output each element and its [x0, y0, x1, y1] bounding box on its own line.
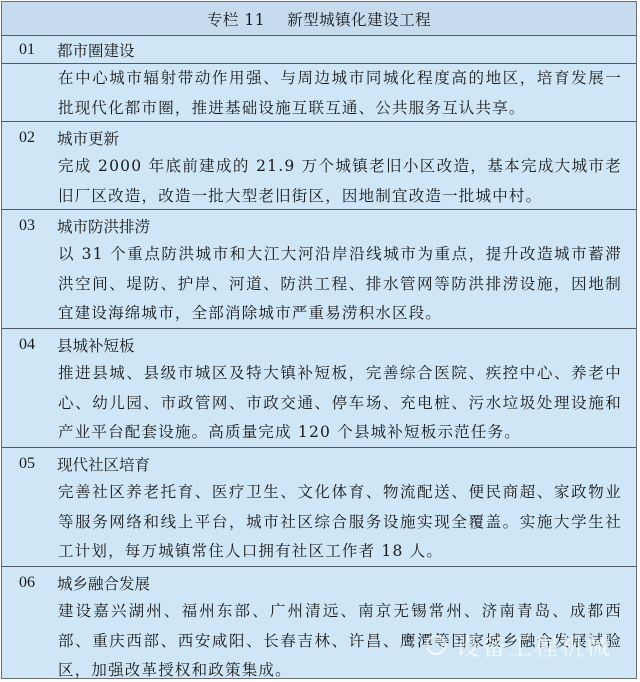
section-county-town-upgrades: 04 县城补短板 推进县城、县级市城区及特大镇补短板，完善综合医院、疾控中心、养… — [2, 329, 636, 448]
section-heading: 06 城乡融合发展 — [2, 567, 636, 597]
section-title: 都市圈建设 — [57, 39, 135, 61]
section-title: 城市防洪排涝 — [57, 215, 150, 237]
section-title: 城市更新 — [57, 127, 119, 149]
feature-box-panel: 专栏 11 新型城镇化建设工程 01 都市圈建设 在中心城市辐射带动作用强、与周… — [1, 1, 637, 679]
section-heading: 01 都市圈建设 — [2, 36, 636, 64]
section-number: 02 — [19, 129, 57, 147]
column-label: 专栏 11 — [207, 8, 265, 30]
section-heading: 03 城市防洪排涝 — [2, 210, 636, 240]
section-body: 推进县城、县级市城区及特大镇补短板，完善综合医院、疾控中心、养老中心、幼儿园、市… — [2, 359, 636, 448]
section-title: 城乡融合发展 — [57, 572, 150, 594]
section-number: 01 — [19, 41, 57, 59]
section-flood-control: 03 城市防洪排涝 以 31 个重点防洪城市和大江大河沿岸沿线城市为重点，提升改… — [2, 210, 636, 329]
section-metropolitan-areas: 01 都市圈建设 在中心城市辐射带动作用强、与周边城市同城化程度高的地区，培育发… — [2, 36, 636, 122]
section-number: 04 — [19, 336, 57, 354]
section-body: 建设嘉兴湖州、福州东部、广州清远、南京无锡常州、济南青岛、成都西部、重庆西部、西… — [2, 597, 636, 682]
section-number: 06 — [19, 574, 57, 592]
section-title: 现代社区培育 — [57, 453, 150, 475]
section-body: 完成 2000 年底前建成的 21.9 万个城镇老旧小区改造，基本完成大城市老旧… — [2, 152, 636, 211]
panel-header: 专栏 11 新型城镇化建设工程 — [2, 2, 636, 36]
section-urban-renewal: 02 城市更新 完成 2000 年底前建成的 21.9 万个城镇老旧小区改造，基… — [2, 122, 636, 210]
section-heading: 02 城市更新 — [2, 122, 636, 152]
section-title: 县城补短板 — [57, 334, 135, 356]
section-heading: 05 现代社区培育 — [2, 448, 636, 478]
panel-title: 新型城镇化建设工程 — [287, 8, 431, 30]
section-body: 完善社区养老托育、医疗卫生、文化体育、物流配送、便民商超、家政物业等服务网络和线… — [2, 478, 636, 567]
section-heading: 04 县城补短板 — [2, 329, 636, 359]
section-modern-community: 05 现代社区培育 完善社区养老托育、医疗卫生、文化体育、物流配送、便民商超、家… — [2, 448, 636, 567]
section-urban-rural-integration: 06 城乡融合发展 建设嘉兴湖州、福州东部、广州清远、南京无锡常州、济南青岛、成… — [2, 567, 636, 680]
section-body: 在中心城市辐射带动作用强、与周边城市同城化程度高的地区，培育发展一批现代化都市圈… — [2, 64, 636, 123]
section-body: 以 31 个重点防洪城市和大江大河沿岸沿线城市为重点，提升改造城市蓄滞洪空间、堤… — [2, 240, 636, 329]
section-number: 05 — [19, 455, 57, 473]
section-number: 03 — [19, 217, 57, 235]
